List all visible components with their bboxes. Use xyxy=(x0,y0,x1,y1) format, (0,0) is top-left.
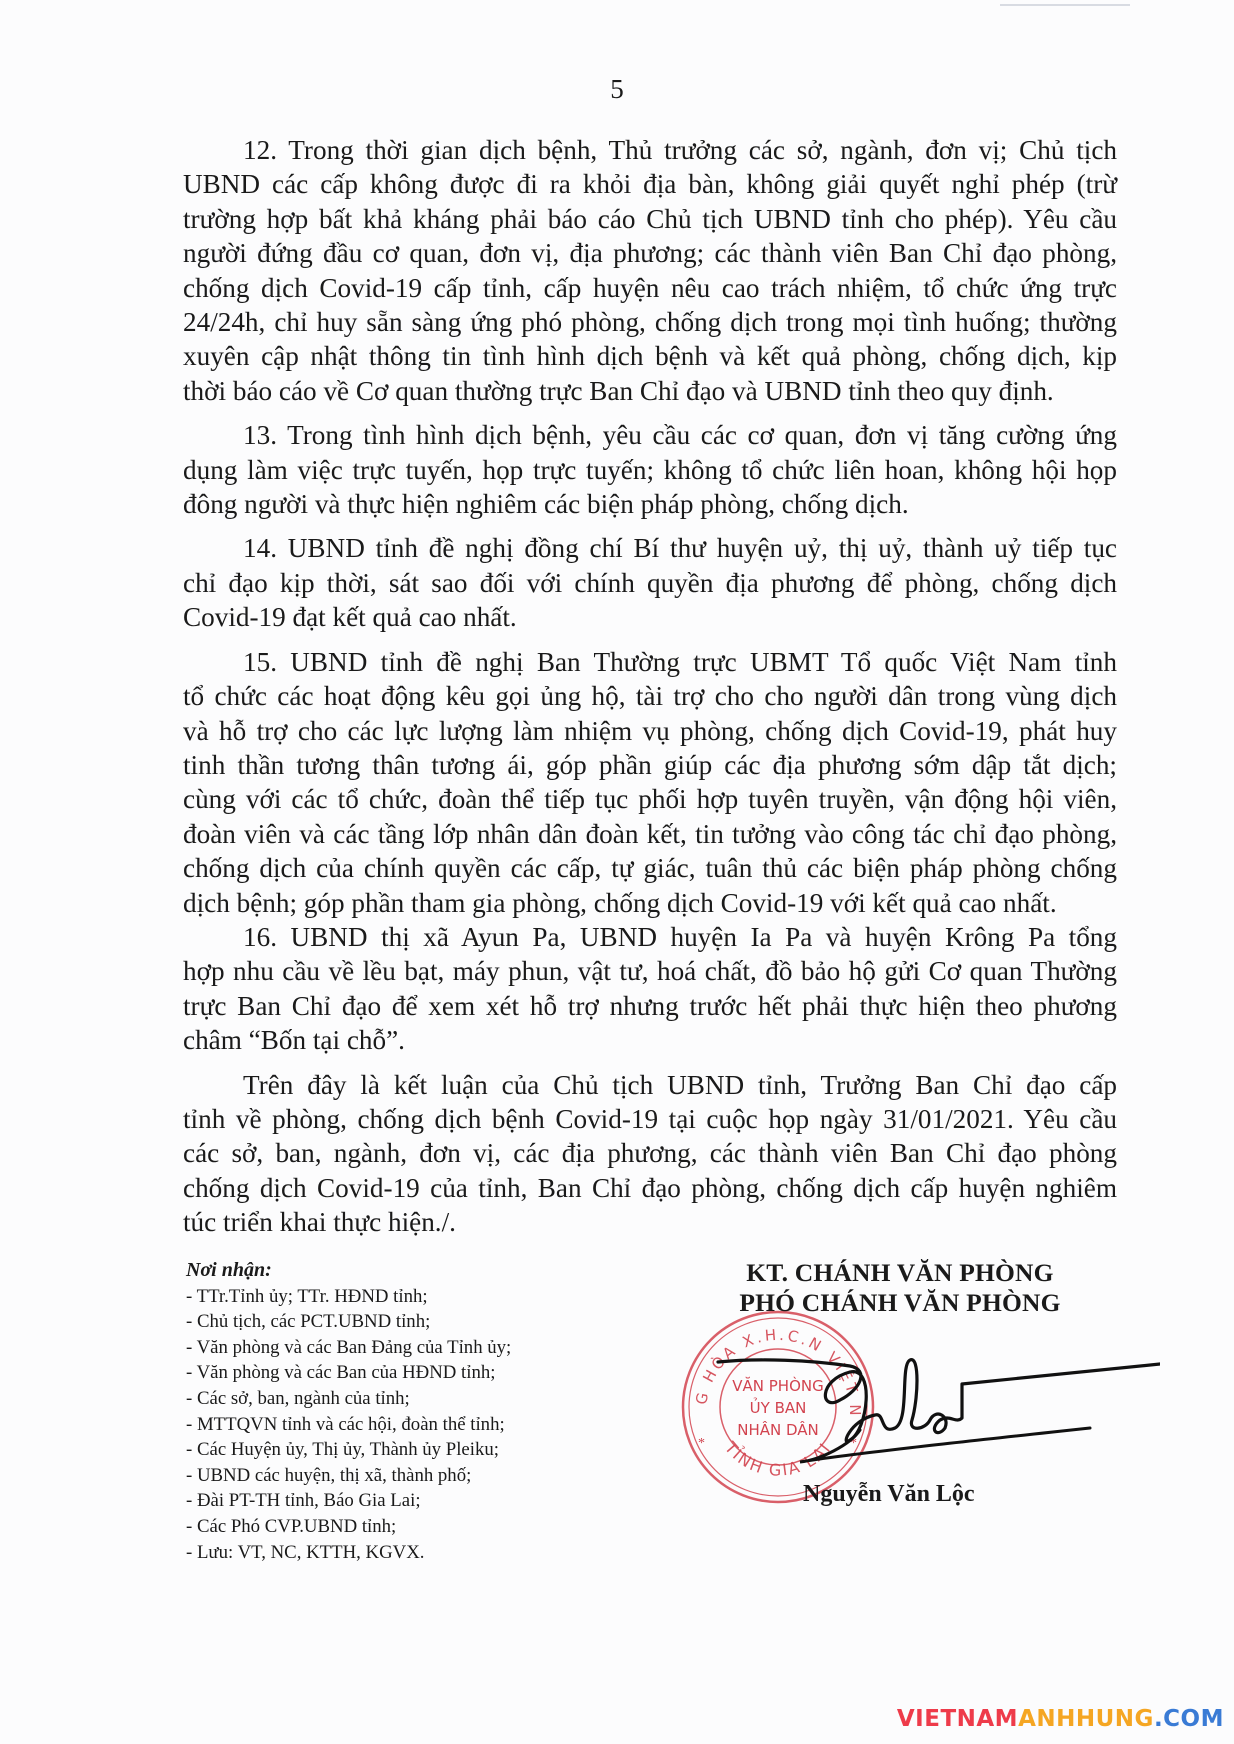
recipient-item: - MTTQVN tỉnh và các hội, đoàn thể tỉnh; xyxy=(186,1412,511,1438)
watermark-part-2: ANHHUNG xyxy=(1018,1706,1154,1732)
paragraph-line: đông người và thực hiện nghiêm các biện … xyxy=(183,487,1117,521)
signature-title-1: KT. CHÁNH VĂN PHÒNG xyxy=(700,1258,1100,1288)
recipient-item: - Các Phó CVP.UBND tỉnh; xyxy=(186,1514,511,1540)
paragraph-12: 12. Trong thời gian dịch bệnh, Thủ trưởn… xyxy=(183,133,1117,408)
page-number: 5 xyxy=(0,74,1234,105)
paragraph-line: châm “Bốn tại chỗ”. xyxy=(183,1023,1117,1057)
paragraph-conclusion: Trên đây là kết luận của Chủ tịch UBND t… xyxy=(183,1068,1117,1240)
paragraph-line: Trên đây là kết luận của Chủ tịch UBND t… xyxy=(183,1068,1117,1102)
document-body: 12. Trong thời gian dịch bệnh, Thủ trưởn… xyxy=(183,133,1117,1250)
paragraph-line: 13. Trong tình hình dịch bệnh, yêu cầu c… xyxy=(183,418,1117,452)
recipient-item: - Chủ tịch, các PCT.UBND tỉnh; xyxy=(186,1309,511,1335)
recipient-item: - Văn phòng và các Ban Đảng của Tỉnh ủy; xyxy=(186,1335,511,1361)
signature-block: KT. CHÁNH VĂN PHÒNG PHÓ CHÁNH VĂN PHÒNG … xyxy=(700,1258,1100,1318)
paragraph-line: đoàn viên và các tầng lớp nhân dân đoàn … xyxy=(183,817,1117,851)
paragraph-line: 24/24h, chỉ huy sẵn sàng ứng phó phòng, … xyxy=(183,305,1117,339)
paragraph-line: tỉnh về phòng, chống dịch bệnh Covid-19 … xyxy=(183,1102,1117,1136)
paragraph-line: trực Ban Chỉ đạo để xem xét hỗ trợ nhưng… xyxy=(183,989,1117,1023)
paragraph-line: xuyên cập nhật thông tin tình hình dịch … xyxy=(183,339,1117,373)
recipients-heading: Nơi nhận: xyxy=(186,1258,511,1284)
paragraph-line: túc triển khai thực hiện./. xyxy=(183,1205,1117,1239)
paragraph-line: người đứng đầu cơ quan, đơn vị, địa phươ… xyxy=(183,236,1117,270)
paragraph-line: chống dịch của chính quyền các cấp, tự g… xyxy=(183,851,1117,885)
handwritten-signature-icon xyxy=(700,1320,1160,1480)
watermark-part-1: VIETNAM xyxy=(897,1706,1018,1732)
paragraph-line: 14. UBND tỉnh đề nghị đồng chí Bí thư hu… xyxy=(183,531,1117,565)
paragraph-line: tổ chức các hoạt động kêu gọi ủng hộ, tà… xyxy=(183,679,1117,713)
recipient-item: - Các Huyện ủy, Thị ủy, Thành ủy Pleiku; xyxy=(186,1437,511,1463)
signature-title-2: PHÓ CHÁNH VĂN PHÒNG xyxy=(700,1288,1100,1318)
recipient-item: - UBND các huyện, thị xã, thành phố; xyxy=(186,1463,511,1489)
watermark-part-3: .COM xyxy=(1154,1706,1224,1732)
paragraph-line: 16. UBND thị xã Ayun Pa, UBND huyện Ia P… xyxy=(183,920,1117,954)
paragraph-line: chỉ đạo kịp thời, sát sao đối với chính … xyxy=(183,566,1117,600)
paragraph-line: thời báo cáo về Cơ quan thường trực Ban … xyxy=(183,374,1117,408)
paragraph-line: Covid-19 đạt kết quả cao nhất. xyxy=(183,600,1117,634)
recipient-item: - Lưu: VT, NC, KTTH, KGVX. xyxy=(186,1540,511,1566)
paragraph-13: 13. Trong tình hình dịch bệnh, yêu cầu c… xyxy=(183,418,1117,521)
watermark: VIETNAMANHHUNG.COM xyxy=(897,1706,1224,1732)
signer-name: Nguyễn Văn Lộc xyxy=(803,1481,975,1508)
paragraph-line: và hỗ trợ cho các lực lượng làm nhiệm vụ… xyxy=(183,714,1117,748)
paragraph-14: 14. UBND tỉnh đề nghị đồng chí Bí thư hu… xyxy=(183,531,1117,634)
paragraph-line: các sở, ban, ngành, đơn vị, các địa phươ… xyxy=(183,1136,1117,1170)
paragraph-line: hợp nhu cầu về lều bạt, máy phun, vật tư… xyxy=(183,954,1117,988)
recipient-item: - TTr.Tỉnh ủy; TTr. HĐND tỉnh; xyxy=(186,1284,511,1310)
recipient-item: - Các sở, ban, ngành của tỉnh; xyxy=(186,1386,511,1412)
paragraph-line: chống dịch Covid-19 của tỉnh, Ban Chỉ đạ… xyxy=(183,1171,1117,1205)
paragraph-line: trường hợp bất khả kháng phải báo cáo Ch… xyxy=(183,202,1117,236)
paragraph-line: 12. Trong thời gian dịch bệnh, Thủ trưởn… xyxy=(183,133,1117,167)
paragraph-line: chống dịch Covid-19 cấp tỉnh, cấp huyện … xyxy=(183,271,1117,305)
paragraph-line: tinh thần tương thân tương ái, góp phần … xyxy=(183,748,1117,782)
paragraph-line: dụng làm việc trực tuyến, họp trực tuyến… xyxy=(183,453,1117,487)
recipient-item: - Văn phòng và các Ban của HĐND tỉnh; xyxy=(186,1360,511,1386)
paragraph-line: 15. UBND tỉnh đề nghị Ban Thường trực UB… xyxy=(183,645,1117,679)
recipients-block: Nơi nhận: - TTr.Tỉnh ủy; TTr. HĐND tỉnh;… xyxy=(186,1258,511,1565)
recipient-item: - Đài PT-TH tỉnh, Báo Gia Lai; xyxy=(186,1488,511,1514)
paragraph-line: UBND các cấp không được đi ra khỏi địa b… xyxy=(183,167,1117,201)
paragraph-line: cùng với các tổ chức, đoàn thể tiếp tục … xyxy=(183,782,1117,816)
paragraph-16: 16. UBND thị xã Ayun Pa, UBND huyện Ia P… xyxy=(183,920,1117,1058)
recipients-list: - TTr.Tỉnh ủy; TTr. HĐND tỉnh;- Chủ tịch… xyxy=(186,1284,511,1566)
paragraph-15: 15. UBND tỉnh đề nghị Ban Thường trực UB… xyxy=(183,645,1117,920)
paragraph-line: dịch bệnh; góp phần tham gia phòng, chốn… xyxy=(183,886,1117,920)
scan-artifact xyxy=(1000,4,1130,6)
